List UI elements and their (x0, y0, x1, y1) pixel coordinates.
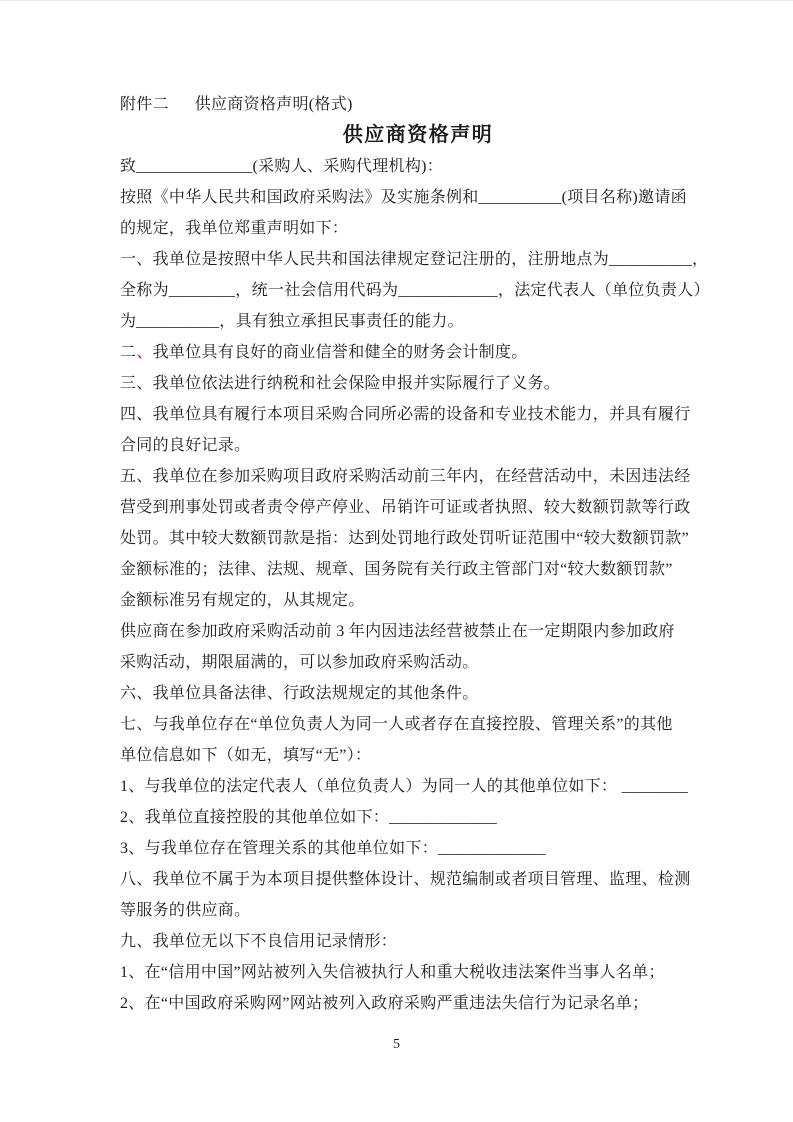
document-body: 附件二 供应商资格声明(格式) 供应商资格声明 致______________(… (120, 89, 716, 1019)
line-clause-5-c: 处罚。其中较大数额罚款是指：达到处罚地行政处罚听证范围中“较大数额罚款” (120, 523, 716, 554)
line-clause-7-a: 七、与我单位存在“单位负责人为同一人或者存在直接控股、管理关系”的其他 (120, 709, 716, 740)
line-clause-1-a: 一、我单位是按照中华人民共和国法律规定登记注册的，注册地点为__________… (120, 244, 716, 275)
line-clause-1-b: 全称为________，统一社会信用代码为____________，法定代表人（… (120, 275, 716, 306)
line-clause-9: 九、我单位无以下不良信用记录情形： (120, 926, 716, 957)
clause-2-number: 二 (120, 344, 136, 361)
line-clause-3: 三、我单位依法进行纳税和社会保险申报并实际履行了义务。 (120, 368, 716, 399)
line-clause-7-item-3: 3、与我单位存在管理关系的其他单位如下：_____________ (120, 833, 716, 864)
line-clause-5-b: 营受到刑事处罚或者责令停产停业、吊销许可证或者执照、较大数额罚款等行政 (120, 492, 716, 523)
line-clause-7-item-2: 2、我单位直接控股的其他单位如下：_____________ (120, 802, 716, 833)
line-clause-9-item-2: 2、在“中国政府采购网”网站被列入政府采购严重违法失信行为记录名单； (120, 988, 716, 1019)
line-preamble-1: 按照《中华人民共和国政府采购法》及实施条例和__________(项目名称)邀请… (120, 182, 716, 213)
line-clause-5-note-b: 采购活动，期限届满的，可以参加政府采购活动。 (120, 647, 716, 678)
line-clause-8-b: 等服务的供应商。 (120, 895, 716, 926)
line-clause-4-a: 四、我单位具有履行本项目采购合同所必需的设备和专业技术能力，并具有履行 (120, 399, 716, 430)
line-clause-7-item-1: 1、与我单位的法定代表人（单位负责人）为同一人的其他单位如下： ________ (120, 771, 716, 802)
clause-2-text: 我单位具有良好的商业信誉和健全的财务会计制度。 (153, 344, 528, 361)
line-clause-1-c: 为__________，具有独立承担民事责任的能力。 (120, 306, 716, 337)
line-clause-5-d: 金额标准的；法律、法规、规章、国务院有关行政主管部门对“较大数额罚款” (120, 554, 716, 585)
document-title: 供应商资格声明 (120, 120, 716, 151)
line-clause-5-e: 金额标准另有规定的，从其规定。 (120, 585, 716, 616)
line-clause-8-a: 八、我单位不属于为本项目提供整体设计、规范编制或者项目管理、监理、检测 (120, 864, 716, 895)
line-salutation: 致______________(采购人、采购代理机构)： (120, 151, 716, 182)
line-clause-4-b: 合同的良好记录。 (120, 430, 716, 461)
line-clause-6: 六、我单位具备法律、行政法规规定的其他条件。 (120, 678, 716, 709)
line-clause-5-a: 五、我单位在参加采购项目政府采购活动前三年内，在经营活动中，未因违法经 (120, 461, 716, 492)
line-clause-7-b: 单位信息如下（如无，填写“无”）： (120, 740, 716, 771)
page-number: 5 (0, 1035, 793, 1055)
attachment-heading: 附件二 供应商资格声明(格式) (120, 89, 716, 120)
line-clause-2: 二、我单位具有良好的商业信誉和健全的财务会计制度。 (120, 337, 716, 368)
line-clause-9-item-1: 1、在“信用中国”网站被列入失信被执行人和重大税收违法案件当事人名单； (120, 957, 716, 988)
line-preamble-2: 的规定，我单位郑重声明如下： (120, 213, 716, 244)
line-clause-5-note-a: 供应商在参加政府采购活动前 3 年内因违法经营被禁止在一定期限内参加政府 (120, 616, 716, 647)
clause-2-red-comma: 、 (136, 344, 152, 361)
document-page: 附件二 供应商资格声明(格式) 供应商资格声明 致______________(… (0, 0, 793, 1122)
